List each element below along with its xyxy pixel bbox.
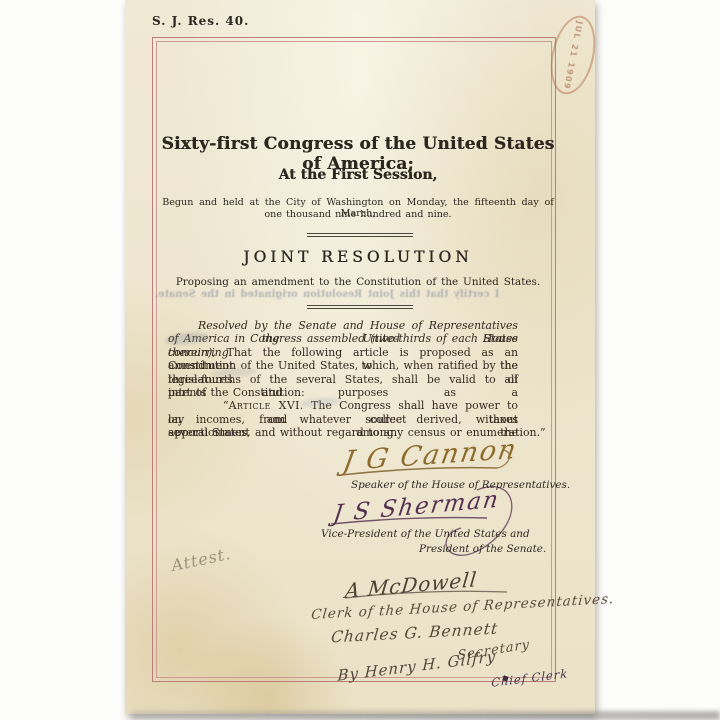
- rule-line: [307, 233, 413, 234]
- resolution-subheading: Proposing an amendment to the Constituti…: [156, 276, 560, 288]
- body-line: therein), That the following article is …: [168, 346, 518, 359]
- body-line: “Article XVI. The Congress shall have po…: [168, 399, 518, 412]
- resolution-body: Resolved by the Senate and House of Repr…: [168, 319, 518, 440]
- rule-line: [307, 236, 413, 237]
- divider-rule-top: [307, 233, 413, 239]
- body-line: Resolved by the Senate and House of Repr…: [168, 319, 518, 332]
- session-line: At the First Session,: [156, 167, 560, 183]
- document-page: S. J. Res. 40. JUL 21 1909 Sixty-first C…: [125, 0, 595, 714]
- joint-resolution-heading: JOINT RESOLUTION: [156, 248, 560, 266]
- body-line: of America in Congress assembled (two-th…: [168, 332, 518, 345]
- stamp-date: JUL 21 1909: [562, 20, 584, 90]
- rule-line: [307, 308, 413, 309]
- doc-number: S. J. Res. 40.: [152, 14, 249, 28]
- convened-line-2: one thousand nine hundred and nine.: [156, 209, 560, 220]
- vp-title-line-1: Vice-President of the United States and: [321, 528, 530, 540]
- photo-bottom-shadow: [132, 711, 720, 720]
- showthrough-certify-text: I certify that this Joint Resolution ori…: [125, 289, 529, 300]
- rule-line: [307, 305, 413, 306]
- vp-title-line-2: President of the Senate.: [419, 543, 546, 555]
- divider-rule-bottom: [307, 305, 413, 311]
- body-line: on incomes, from whatever source derived…: [168, 413, 518, 426]
